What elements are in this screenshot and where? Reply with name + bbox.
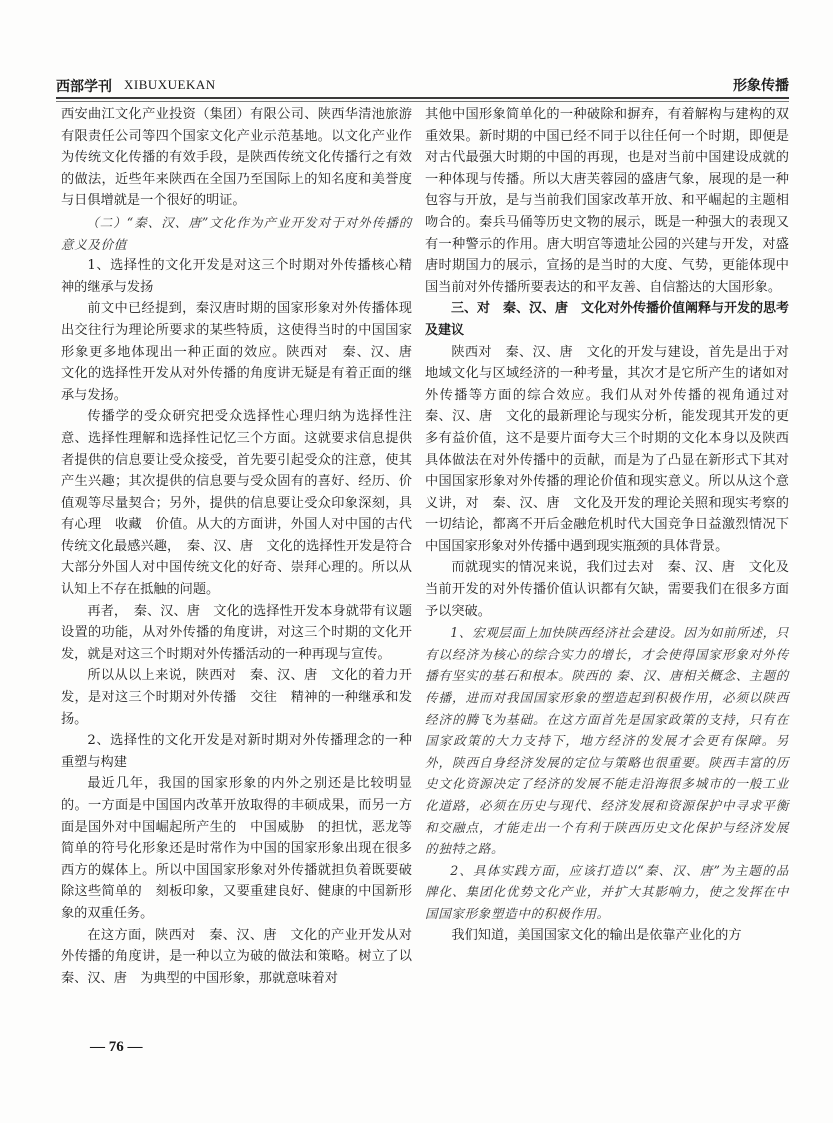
section-title: 形象传播 xyxy=(733,75,789,95)
section-heading: 三、对 秦、汉、唐 文化对外传播价值阐释与开发的思考及建议 xyxy=(425,298,789,341)
page-number: — 76 — xyxy=(90,1039,143,1056)
point-heading: 2、选择性的文化开发是对新时期对外传播理念的一种重塑与构建 xyxy=(61,730,412,773)
paragraph: 在这方面，陕西对 秦、汉、唐 文化的产业开发从对外传播的角度讲，是一种以立为破的… xyxy=(61,925,412,990)
paragraph: 西安曲江文化产业投资（集团）有限公司、陕西华清池旅游有限责任公司等四个国家文化产… xyxy=(61,104,412,212)
paragraph: 陕西对 秦、汉、唐 文化的开发与建设，首先是出于对地域文化与区域经济的一种考量，… xyxy=(425,342,789,558)
paragraph: 其他中国形象简单化的一种破除和摒弃，有着解构与建构的双重效果。新时期的中国已经不… xyxy=(425,104,789,298)
paragraph: 传播学的受众研究把受众选择性心理归纳为选择性注意、选择性理解和选择性记忆三个方面… xyxy=(61,406,412,600)
running-header: 西部学刊 XIBUXUEKAN 形象传播 xyxy=(56,74,789,96)
right-column: 其他中国形象简单化的一种破除和摒弃，有着解构与建构的双重效果。新时期的中国已经不… xyxy=(425,104,789,946)
recommendation-heading: 2、具体实践方面，应该打造以“秦、汉、唐”为主题的品牌化、集团化优势文化产业，并… xyxy=(425,860,789,925)
paragraph: 前文中已经提到，秦汉唐时期的国家形象对外传播体现出交往行为理论所要求的某些特质，… xyxy=(61,298,412,406)
paragraph: 所以从以上来说，陕西对 秦、汉、唐 文化的着力开发，是对这三个时期对外传播 交往… xyxy=(61,665,412,730)
journal-page: 西部学刊 XIBUXUEKAN 形象传播 西安曲江文化产业投资（集团）有限公司、… xyxy=(0,0,833,1123)
paragraph: 而就现实的情况来说，我们过去对 秦、汉、唐 文化及当前开发的对外传播价值认识都有… xyxy=(425,557,789,622)
paragraph: 再者， 秦、汉、唐 文化的选择性开发本身就带有议题设置的功能，从对外传播的角度讲… xyxy=(61,601,412,666)
left-column: 西安曲江文化产业投资（集团）有限公司、陕西华清池旅游有限责任公司等四个国家文化产… xyxy=(61,104,412,989)
header-rule-thin xyxy=(56,101,789,102)
paragraph: 最近几年，我国的国家形象的内外之别还是比较明显的。一方面是中国国内改革开放取得的… xyxy=(61,773,412,924)
subsection-heading: （二）“秦、汉、唐”文化作为产业开发对于对外传播的意义及价值 xyxy=(61,212,412,255)
paragraph: 我们知道，美国国家文化的输出是依靠产业化的方 xyxy=(425,925,789,947)
point-heading: 1、选择性的文化开发是对这三个时期对外传播核心精神的继承与发扬 xyxy=(61,255,412,298)
header-rule-thick xyxy=(56,97,789,99)
recommendation-paragraph: 1、宏观层面上加快陕西经济社会建设。因为如前所述，只有以经济为核心的综合实力的增… xyxy=(425,622,789,860)
journal-title: 西部学刊 xyxy=(56,76,112,96)
journal-title-latin: XIBUXUEKAN xyxy=(124,77,216,93)
